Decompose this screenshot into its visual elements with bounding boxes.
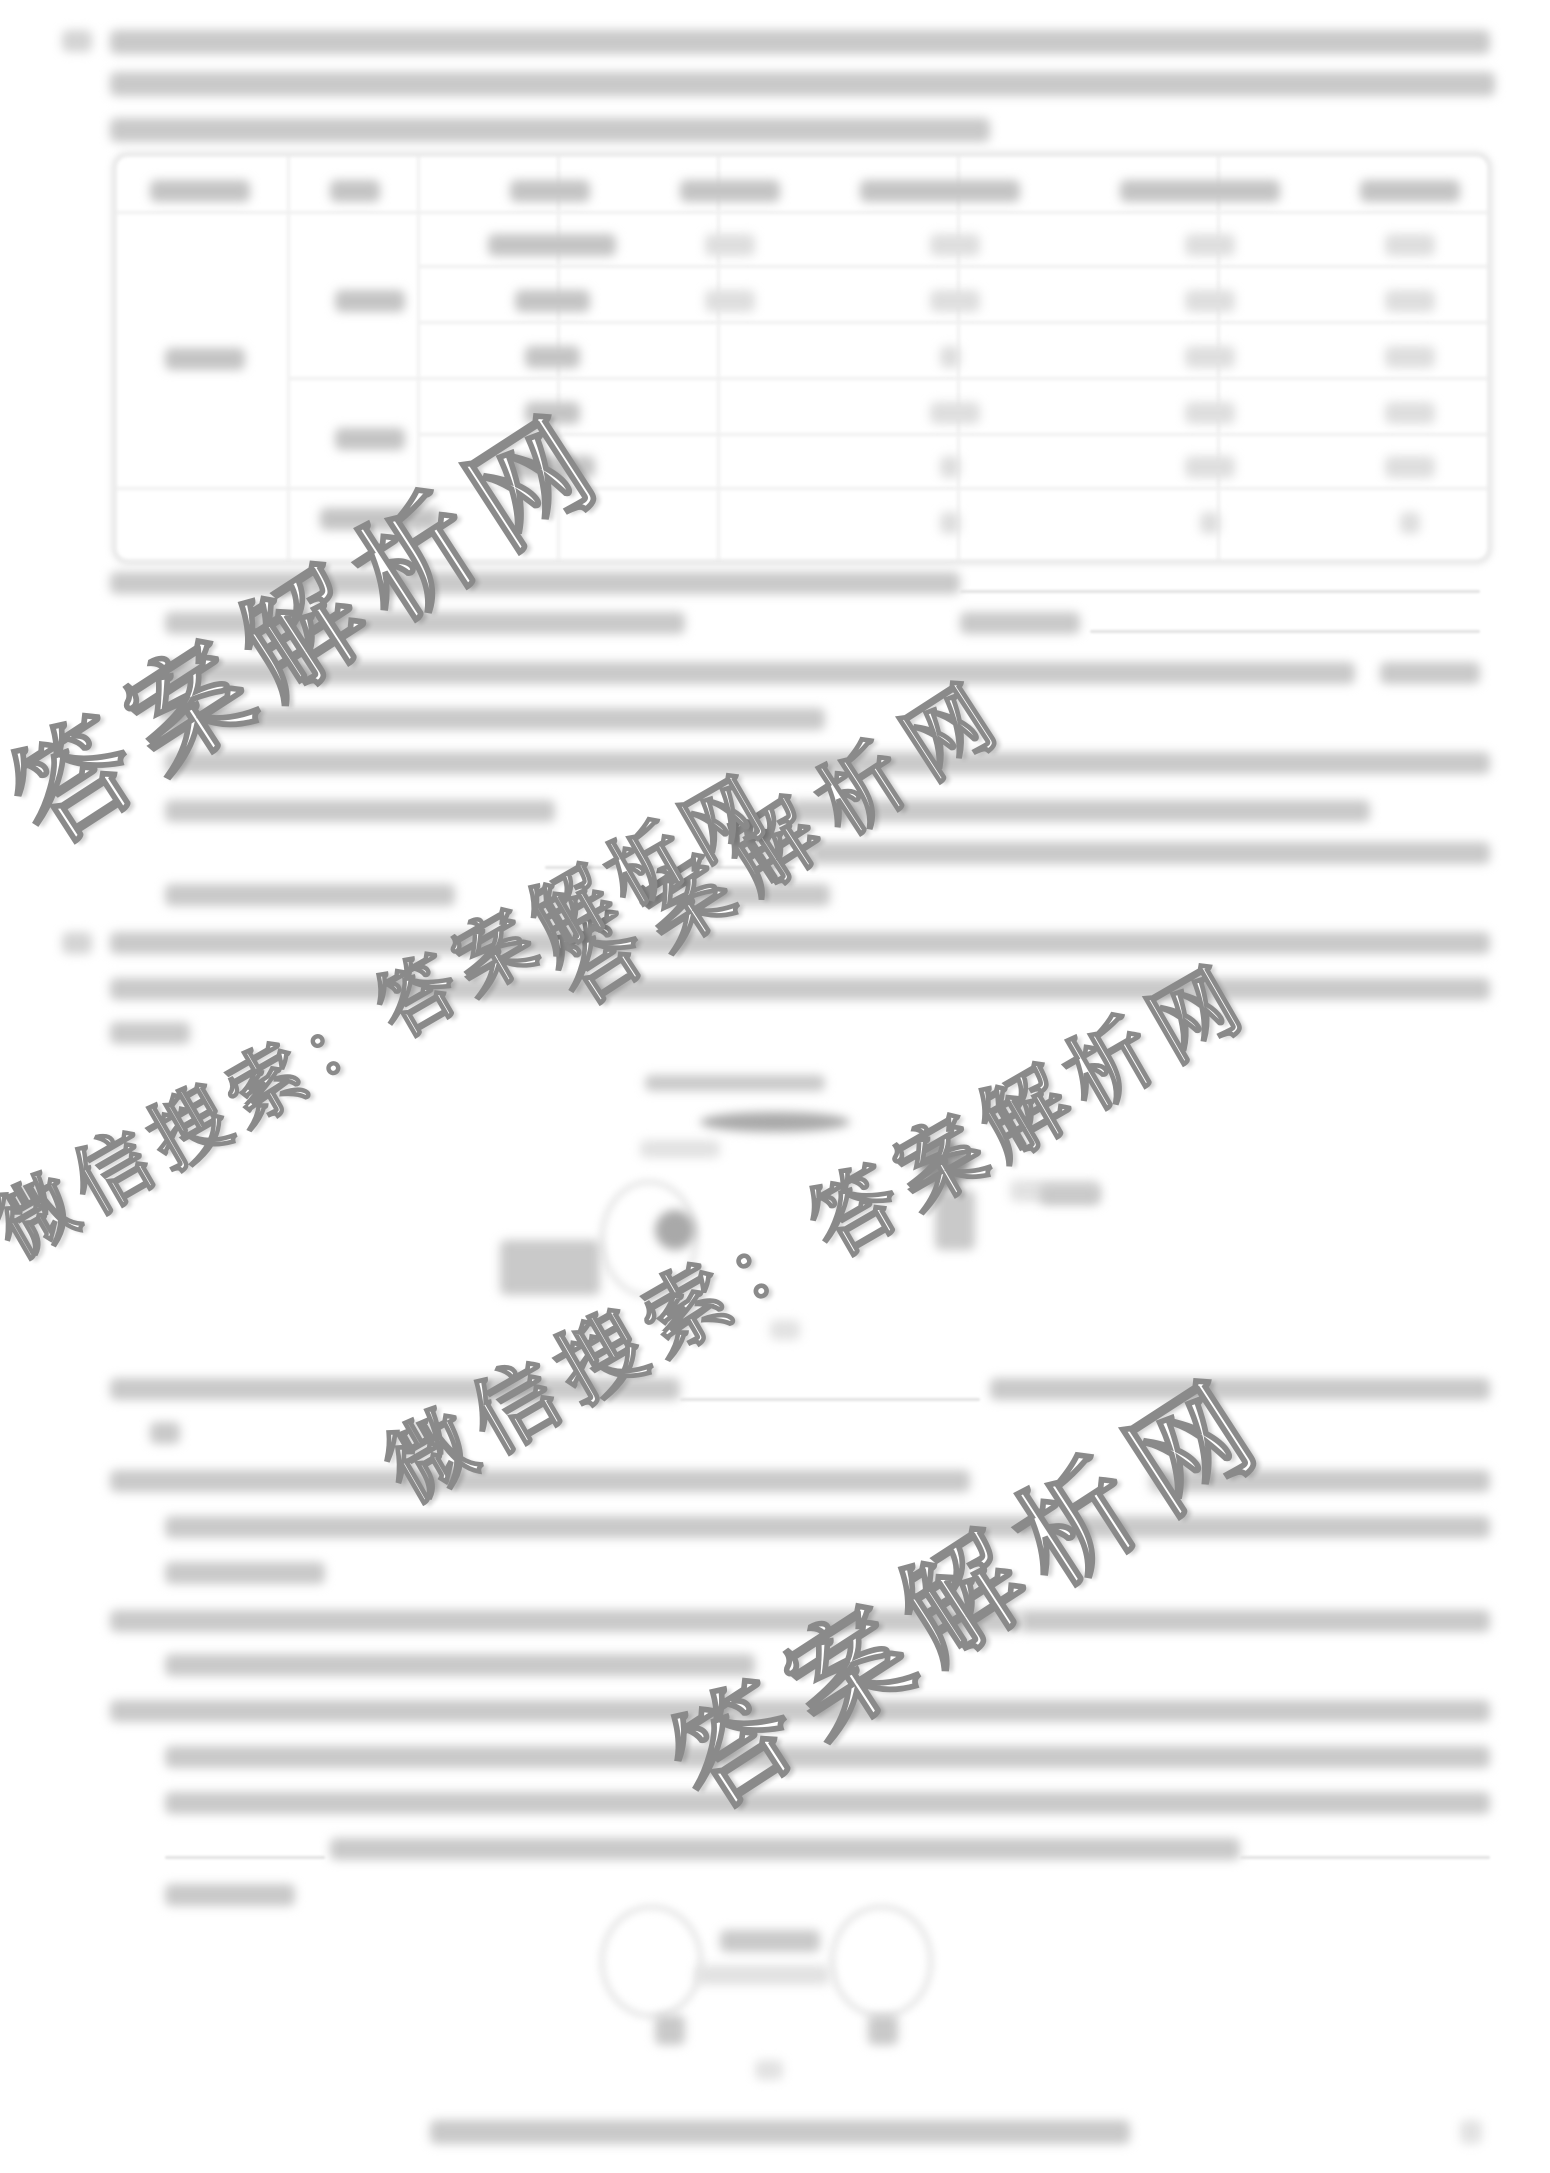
table-cell — [930, 402, 980, 424]
figure-label — [645, 1075, 825, 1091]
text-line — [110, 932, 1490, 954]
table-cell — [705, 290, 755, 312]
figure-caption — [770, 1320, 800, 1340]
table-cell — [1185, 234, 1235, 256]
text-line — [165, 1792, 1490, 1814]
table-cell — [940, 346, 960, 368]
table-cell — [705, 234, 755, 256]
table-header-cell — [860, 180, 1020, 202]
text-line — [110, 1022, 190, 1044]
text-line — [165, 1562, 325, 1584]
table-cell — [930, 290, 980, 312]
table-header-cell — [150, 180, 250, 202]
table-cell — [1385, 234, 1435, 256]
text-line — [165, 1654, 755, 1676]
table-cell — [525, 346, 580, 368]
table-cell — [335, 428, 405, 450]
figure-shape — [830, 1905, 933, 2018]
text-line — [1020, 1610, 1490, 1632]
table-header-cell — [680, 180, 780, 202]
table-cell — [488, 234, 616, 256]
table-cell — [1185, 402, 1235, 424]
table-cell — [1385, 402, 1435, 424]
table-cell — [1385, 290, 1435, 312]
data-table — [112, 152, 1492, 564]
answer-blank — [960, 590, 1480, 593]
figure-shape — [700, 1112, 850, 1132]
text-line — [165, 800, 555, 822]
table-cell — [1200, 512, 1220, 534]
table-header-cell — [510, 180, 590, 202]
text-line — [110, 30, 1490, 54]
figure-label — [640, 1140, 720, 1158]
text-line — [110, 1470, 970, 1492]
table-cell — [1185, 290, 1235, 312]
text-line — [165, 1516, 1490, 1538]
text-line — [110, 118, 990, 142]
text-line — [110, 72, 1495, 96]
table-cell — [940, 512, 960, 534]
figure-shape — [655, 2015, 685, 2045]
table-cell — [940, 456, 960, 478]
text-line — [960, 612, 1080, 634]
text-line — [165, 884, 455, 906]
figure-label — [720, 1930, 820, 1952]
table-cell — [1385, 456, 1435, 478]
table-header-cell — [1120, 180, 1280, 202]
text-line — [165, 1884, 295, 1906]
footer-text — [430, 2120, 1130, 2144]
figure-shape — [695, 1965, 830, 1985]
question-number — [62, 30, 92, 52]
table-cell — [1385, 346, 1435, 368]
text-line — [330, 1838, 1240, 1860]
table-cell — [1185, 456, 1235, 478]
table-cell — [335, 290, 405, 312]
answer-blank — [680, 1398, 980, 1401]
text-line — [1380, 662, 1480, 684]
question-number — [62, 932, 92, 954]
figure-shape — [600, 1905, 703, 2018]
figure-shape — [868, 2015, 898, 2045]
figure-caption — [755, 2060, 783, 2080]
answer-blank — [1090, 630, 1480, 633]
table-header-cell — [330, 180, 380, 202]
table-cell — [930, 234, 980, 256]
figure-label — [1040, 1185, 1100, 1205]
table-cell — [1185, 346, 1235, 368]
table-cell — [165, 348, 245, 370]
table-cell — [1400, 512, 1420, 534]
text-line — [810, 842, 1490, 864]
table-header-cell — [1360, 180, 1460, 202]
table-cell — [515, 290, 590, 312]
page-number — [1460, 2120, 1482, 2144]
answer-blank — [1240, 1856, 1490, 1859]
text-line — [150, 1422, 180, 1444]
answer-blank — [165, 1856, 325, 1859]
